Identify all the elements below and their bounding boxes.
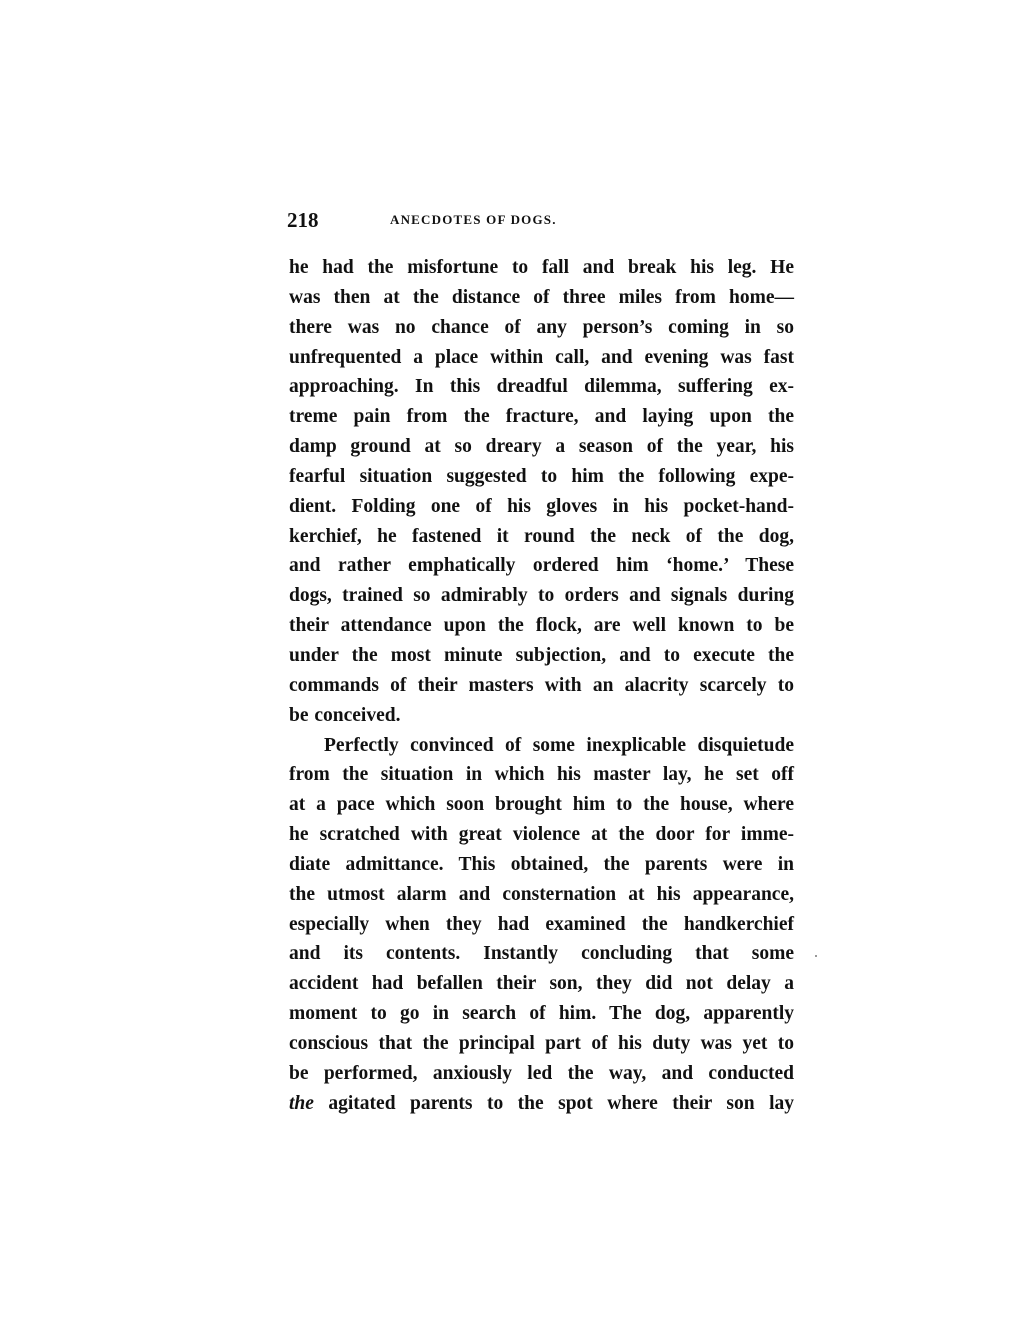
text-line: moment to go in search of him. The dog, … (289, 999, 794, 1029)
text-line: their attendance upon the flock, are wel… (289, 611, 794, 641)
text-line: approaching. In this dreadful dilemma, s… (289, 372, 794, 402)
text-line: there was no chance of any person’s comi… (289, 313, 794, 343)
text-line: under the most minute subjection, and to… (289, 641, 794, 671)
text-line: be performed, anxiously led the way, and… (289, 1059, 794, 1089)
text-line: dient. Folding one of his gloves in his … (289, 492, 794, 522)
text-line: the utmost alarm and consternation at hi… (289, 880, 794, 910)
text-line: was then at the distance of three miles … (289, 283, 794, 313)
running-head: 218 ANECDOTES OF DOGS. (287, 208, 795, 232)
text-line: damp ground at so dreary a season of the… (289, 432, 794, 462)
text-line: conscious that the principal part of his… (289, 1029, 794, 1059)
text-line: kerchief, he fastened it round the neck … (289, 522, 794, 552)
text-line: Perfectly convinced of some inexplicable… (289, 731, 794, 761)
text-line: especially when they had examined the ha… (289, 910, 794, 940)
text-line: fearful situation suggested to him the f… (289, 462, 794, 492)
book-page: 218 ANECDOTES OF DOGS. he had the misfor… (0, 0, 1033, 1339)
text-line: treme pain from the fracture, and laying… (289, 402, 794, 432)
text-line: and its contents. Instantly concluding t… (289, 939, 794, 969)
text-line: at a pace which soon brought him to the … (289, 790, 794, 820)
text-line: from the situation in which his master l… (289, 760, 794, 790)
italic-word: the (289, 1093, 314, 1114)
text-line: accident had befallen their son, they di… (289, 969, 794, 999)
line-rest: agitated parents to the spot where their… (314, 1093, 794, 1114)
text-line: he scratched with great violence at the … (289, 820, 794, 850)
text-line: unfrequented a place within call, and ev… (289, 343, 794, 373)
text-line: be conceived. (289, 701, 794, 731)
body-text: he had the misfortune to fall and break … (289, 253, 794, 1118)
text-line: dogs, trained so admirably to orders and… (289, 581, 794, 611)
scan-speck (815, 955, 817, 957)
text-line: diate admittance. This obtained, the par… (289, 850, 794, 880)
paragraph-1: he had the misfortune to fall and break … (289, 253, 794, 731)
running-title: ANECDOTES OF DOGS. (390, 212, 557, 228)
text-line: and rather emphatically ordered him ‘hom… (289, 551, 794, 581)
page-number: 218 (287, 208, 319, 232)
text-line-final: the agitated parents to the spot where t… (289, 1089, 794, 1119)
paragraph-2: Perfectly convinced of some inexplicable… (289, 731, 794, 1119)
text-line: commands of their masters with an alacri… (289, 671, 794, 701)
text-line: he had the misfortune to fall and break … (289, 253, 794, 283)
